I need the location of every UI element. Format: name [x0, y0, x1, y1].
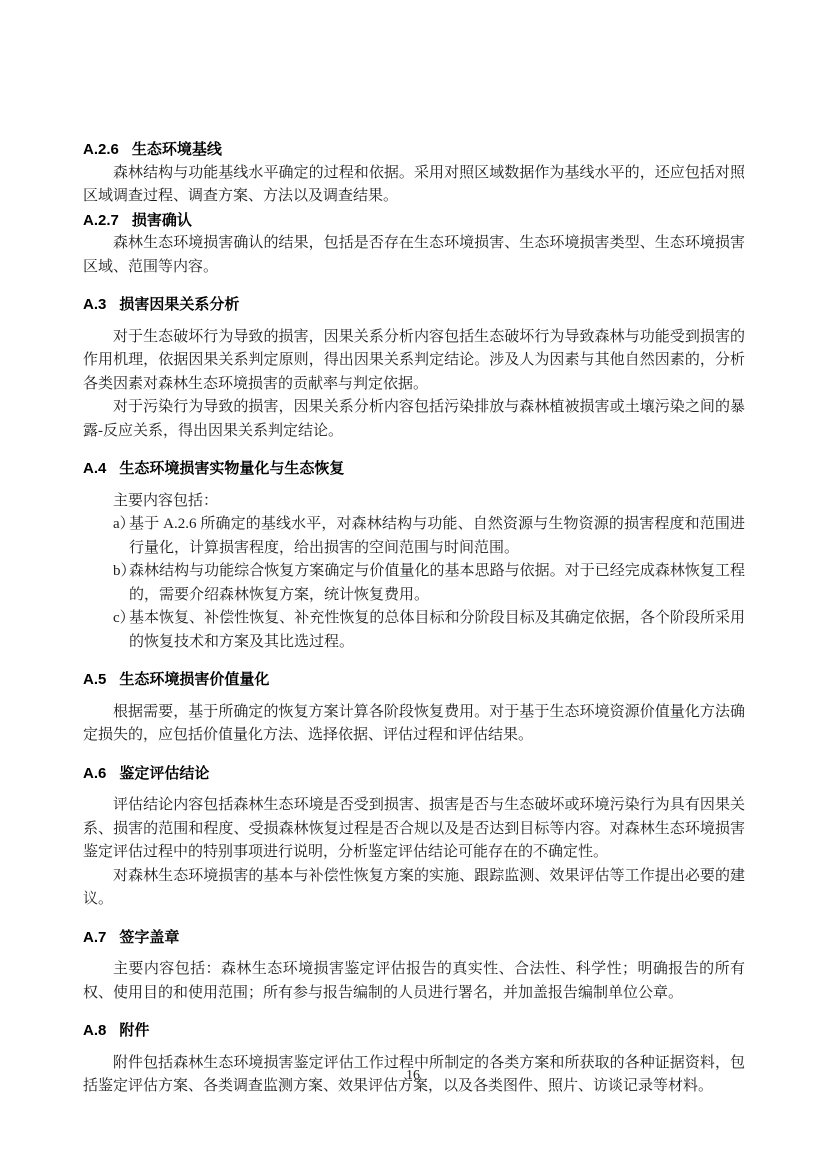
list-item-text: 基本恢复、补偿性恢复、补充性恢复的总体目标和分阶段目标及其确定依据，各个阶段所采…	[129, 610, 745, 650]
section-title: 生态环境损害价值量化	[119, 671, 269, 688]
section-a2-6: A.2.6生态环境基线 森林结构与功能基线水平确定的过程和依据。采用对照区域数据…	[83, 138, 745, 209]
section-a5: A.5生态环境损害价值量化 根据需要，基于所确定的恢复方案计算各阶段恢复费用。对…	[83, 668, 745, 748]
list-marker: c）	[113, 607, 135, 631]
section-title: 损害确认	[132, 212, 192, 229]
ordered-list: a）基于 A.2.6 所确定的基线水平，对森林结构与功能、自然资源与生物资源的损…	[83, 513, 745, 654]
section-heading: A.5生态环境损害价值量化	[83, 668, 745, 692]
section-a7: A.7签字盖章 主要内容包括：森林生态环境损害鉴定评估报告的真实性、合法性、科学…	[83, 926, 745, 1006]
section-a4: A.4生态环境损害实物量化与生态恢复 主要内容包括： a）基于 A.2.6 所确…	[83, 457, 745, 654]
section-number: A.7	[83, 929, 106, 946]
section-number: A.8	[83, 1022, 106, 1039]
section-number: A.2.6	[83, 141, 119, 158]
section-heading: A.3损害因果关系分析	[83, 293, 745, 317]
section-heading: A.2.6生态环境基线	[83, 138, 745, 162]
section-a6: A.6鉴定评估结论 评估结论内容包括森林生态环境是否受到损害、损害是否与生态破坏…	[83, 762, 745, 912]
section-number: A.3	[83, 296, 106, 313]
section-title: 生态环境损害实物量化与生态恢复	[119, 460, 344, 477]
section-heading: A.7签字盖章	[83, 926, 745, 950]
section-title: 鉴定评估结论	[119, 765, 209, 782]
document-page: A.2.6生态环境基线 森林结构与功能基线水平确定的过程和依据。采用对照区域数据…	[0, 0, 826, 1169]
paragraph: 森林结构与功能基线水平确定的过程和依据。采用对照区域数据作为基线水平的，还应包括…	[83, 162, 745, 209]
paragraph: 主要内容包括：森林生态环境损害鉴定评估报告的真实性、合法性、科学性；明确报告的所…	[83, 958, 745, 1005]
page-number: 16	[0, 1064, 826, 1088]
list-item: c）基本恢复、补偿性恢复、补充性恢复的总体目标和分阶段目标及其确定依据，各个阶段…	[83, 607, 745, 654]
section-title: 附件	[119, 1022, 149, 1039]
section-number: A.4	[83, 460, 106, 477]
list-marker: b）	[113, 560, 136, 584]
section-a2-7: A.2.7损害确认 森林生态环境损害确认的结果，包括是否存在生态环境损害、生态环…	[83, 209, 745, 280]
list-item-text: 基于 A.2.6 所确定的基线水平，对森林结构与功能、自然资源与生物资源的损害程…	[129, 516, 745, 556]
section-heading: A.2.7损害确认	[83, 209, 745, 233]
paragraph: 森林生态环境损害确认的结果，包括是否存在生态环境损害、生态环境损害类型、生态环境…	[83, 232, 745, 279]
list-item: a）基于 A.2.6 所确定的基线水平，对森林结构与功能、自然资源与生物资源的损…	[83, 513, 745, 560]
section-heading: A.4生态环境损害实物量化与生态恢复	[83, 457, 745, 481]
list-item-text: 森林结构与功能综合恢复方案确定与价值量化的基本思路与依据。对于已经完成森林恢复工…	[129, 563, 745, 603]
section-number: A.5	[83, 671, 106, 688]
list-item: b）森林结构与功能综合恢复方案确定与价值量化的基本思路与依据。对于已经完成森林恢…	[83, 560, 745, 607]
paragraph: 对于污染行为导致的损害，因果关系分析内容包括污染排放与森林植被损害或土壤污染之间…	[83, 396, 745, 443]
paragraph: 评估结论内容包括森林生态环境是否受到损害、损害是否与生态破坏或环境污染行为具有因…	[83, 794, 745, 865]
document-content: A.2.6生态环境基线 森林结构与功能基线水平确定的过程和依据。采用对照区域数据…	[83, 138, 745, 1099]
paragraph: 根据需要，基于所确定的恢复方案计算各阶段恢复费用。对于基于生态环境资源价值量化方…	[83, 701, 745, 748]
list-marker: a）	[113, 513, 135, 537]
section-heading: A.8附件	[83, 1019, 745, 1043]
paragraph: 对森林生态环境损害的基本与补偿性恢复方案的实施、跟踪监测、效果评估等工作提出必要…	[83, 865, 745, 912]
list-intro: 主要内容包括：	[83, 490, 745, 514]
section-a3: A.3损害因果关系分析 对于生态破坏行为导致的损害，因果关系分析内容包括生态破坏…	[83, 293, 745, 443]
section-title: 签字盖章	[119, 929, 179, 946]
section-heading: A.6鉴定评估结论	[83, 762, 745, 786]
section-title: 损害因果关系分析	[119, 296, 239, 313]
section-number: A.2.7	[83, 212, 119, 229]
section-title: 生态环境基线	[132, 141, 222, 158]
paragraph: 对于生态破坏行为导致的损害，因果关系分析内容包括生态破坏行为导致森林与功能受到损…	[83, 326, 745, 397]
section-number: A.6	[83, 765, 106, 782]
